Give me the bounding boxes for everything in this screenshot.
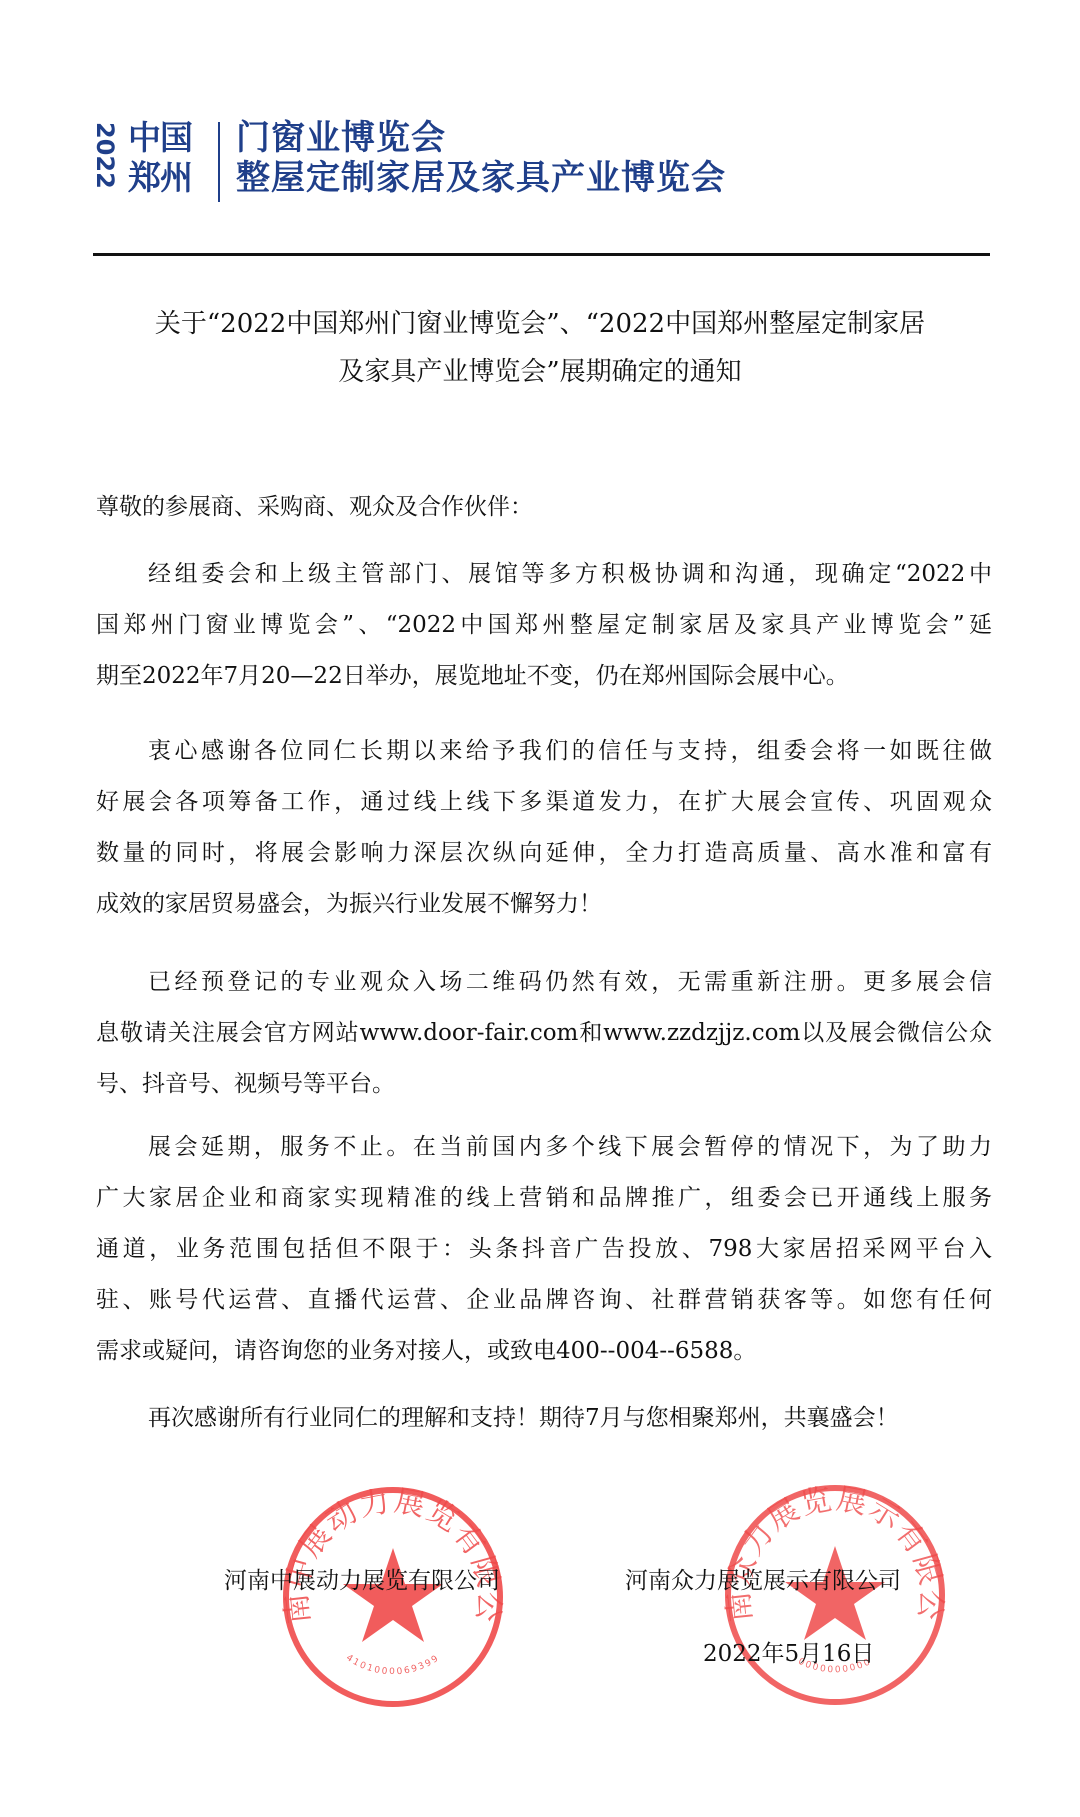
paragraph-1: 经组委会和上级主管部门、展馆等多方积极协调和沟通，现确定“2022中 国郑州门窗… [96,549,992,702]
signing-date: 2022年5月16日 [703,1639,874,1669]
closing: 再次感谢所有行业同仁的理解和支持！期待7月与您相聚郑州，共襄盛会！ [96,1393,992,1444]
seal-code: 4101000069399 [344,1653,442,1677]
logo-city-line2: 郑州 [128,158,208,198]
paragraph-line: 国郑州门窗业博览会”、“2022中国郑州整屋定制家居及家具产业博览会”延 [96,600,992,651]
paragraph-line: 数量的同时，将展会影响力深层次纵向延伸，全力打造高质量、高水准和富有 [96,828,992,879]
right-company-name: 河南众力展览展示有限公司 [625,1566,901,1596]
logo-titles: 门窗业博览会 整屋定制家居及家具产业博览会 [236,118,726,198]
paragraph-2: 衷心感谢各位同仁长期以来给予我们的信任与支持，组委会将一如既往做 好展会各项筹备… [96,726,992,930]
paragraph-line: 广大家居企业和商家实现精准的线上营销和品牌推广，组委会已开通线上服务 [96,1173,992,1224]
logo-city-line1: 中国 [128,118,208,158]
logo-city: 中国 郑州 [128,118,208,198]
logo-title-line1: 门窗业博览会 [236,118,726,158]
paragraph-line: 已经预登记的专业观众入场二维码仍然有效，无需重新注册。更多展会信 [96,957,992,1008]
svg-text:4101000069399: 4101000069399 [344,1653,442,1677]
paragraph-line: 成效的家居贸易盛会，为振兴行业发展不懈努力！ [96,879,992,930]
paragraph-line: 展会延期，服务不止。在当前国内多个线下展会暂停的情况下，为了助力 [96,1122,992,1173]
paragraph-3: 已经预登记的专业观众入场二维码仍然有效，无需重新注册。更多展会信 息敬请关注展会… [96,957,992,1110]
notice-title-line: 关于“2022中国郑州门窗业博览会”、“2022中国郑州整屋定制家居 [80,300,1000,348]
paragraph-line: 驻、账号代运营、直播代运营、企业品牌咨询、社群营销获客等。如您有任何 [96,1275,992,1326]
paragraph-line: 号、抖音号、视频号等平台。 [96,1059,992,1110]
left-company-seal: 河南中展动力展览有限公司 4101000069399 [282,1486,504,1708]
paragraph-line: 好展会各项筹备工作，通过线上线下多渠道发力，在扩大展会宣传、巩固观众 [96,777,992,828]
paragraph-line: 息敬请关注展会官方网站www.door-fair.com和www.zzdzjjz… [96,1008,992,1059]
greeting-text: 尊敬的参展商、采购商、观众及合作伙伴： [96,482,992,533]
paragraph-line: 衷心感谢各位同仁长期以来给予我们的信任与支持，组委会将一如既往做 [96,726,992,777]
paragraph-line: 通道，业务范围包括但不限于：头条抖音广告投放、798大家居招采网平台入 [96,1224,992,1275]
paragraph-line: 经组委会和上级主管部门、展馆等多方积极协调和沟通，现确定“2022中 [96,549,992,600]
seal-icon: 河南中展动力展览有限公司 4101000069399 [282,1486,504,1708]
paragraph-line: 需求或疑问，请咨询您的业务对接人，或致电400--004--6588。 [96,1326,992,1377]
logo-year: 2022 [94,122,116,206]
header-rule [93,253,990,256]
notice-title: 关于“2022中国郑州门窗业博览会”、“2022中国郑州整屋定制家居 及家具产业… [80,300,1000,396]
closing-text: 再次感谢所有行业同仁的理解和支持！期待7月与您相聚郑州，共襄盛会！ [96,1393,992,1444]
greeting: 尊敬的参展商、采购商、观众及合作伙伴： [96,482,992,533]
left-company-name: 河南中展动力展览有限公司 [224,1566,500,1596]
logo-divider [218,122,220,202]
notice-title-line: 及家具产业博览会”展期确定的通知 [80,348,1000,396]
paragraph-4: 展会延期，服务不止。在当前国内多个线下展会暂停的情况下，为了助力 广大家居企业和… [96,1122,992,1377]
paragraph-line: 期至2022年7月20—22日举办，展览地址不变，仍在郑州国际会展中心。 [96,651,992,702]
logo-title-line2: 整屋定制家居及家具产业博览会 [236,158,726,198]
